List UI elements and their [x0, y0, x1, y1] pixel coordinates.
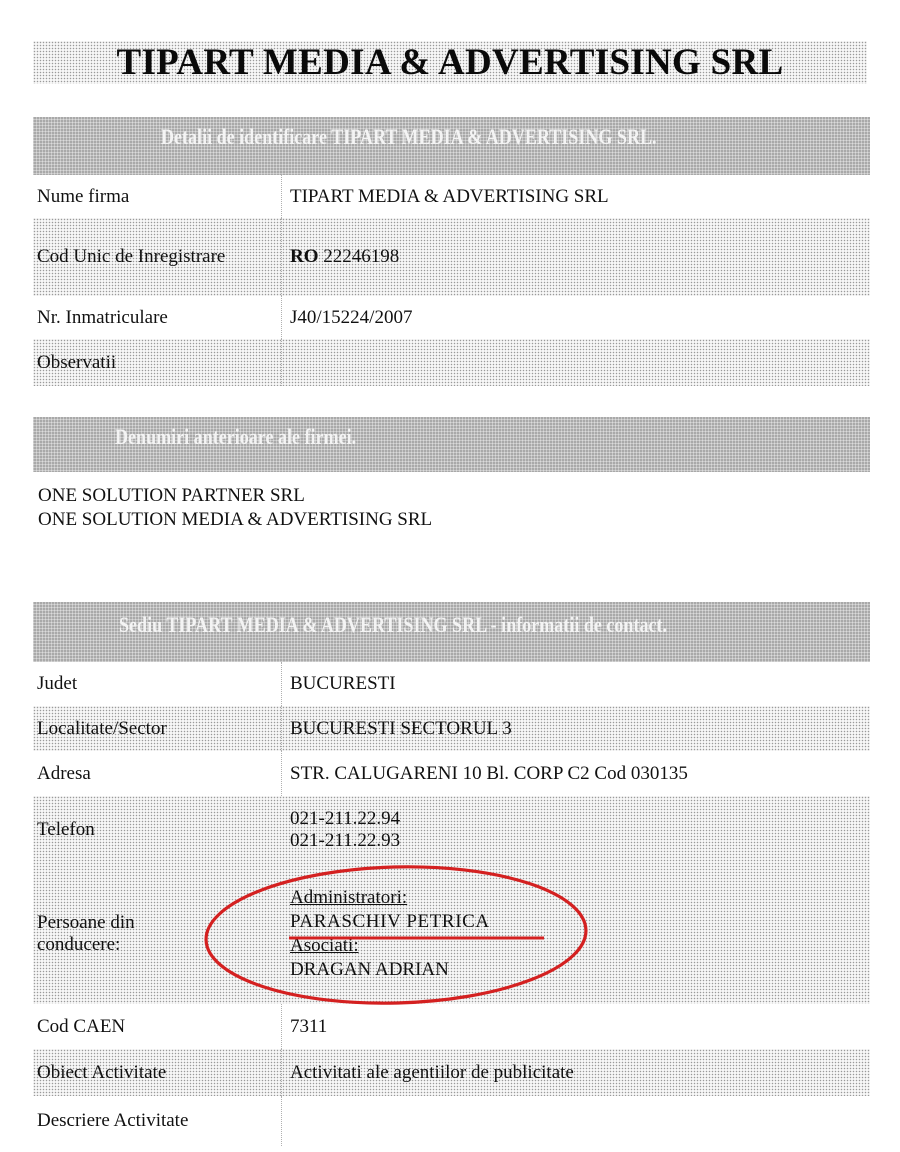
- previous-name-item: ONE SOLUTION PARTNER SRL: [38, 484, 432, 508]
- column-divider: [281, 662, 282, 706]
- value-phone: 021-211.22.94 021-211.22.93: [290, 796, 870, 864]
- associate-name: DRAGAN ADRIAN: [290, 958, 490, 982]
- row-management: Persoane din conducere: Administratori: …: [33, 864, 870, 1004]
- label-observations: Observatii: [37, 339, 281, 386]
- column-divider: [281, 339, 282, 386]
- company-title: TIPART MEDIA & ADVERTISING SRL: [116, 41, 783, 84]
- value-activity-object: Activitati ale agentiilor de publicitate: [290, 1049, 870, 1096]
- value-activity-description: [290, 1096, 870, 1146]
- label-caen: Cod CAEN: [37, 1004, 281, 1049]
- value-address: STR. CALUGARENI 10 Bl. CORP C2 Cod 03013…: [290, 751, 870, 796]
- column-divider: [281, 1049, 282, 1096]
- label-company-name: Nume firma: [37, 175, 281, 218]
- previous-names-list: ONE SOLUTION PARTNER SRL ONE SOLUTION ME…: [38, 484, 432, 532]
- row-caen: Cod CAEN 7311: [33, 1004, 870, 1049]
- row-cui: Cod Unic de Inregistrare RO 22246198: [33, 218, 870, 296]
- row-county: Judet BUCURESTI: [33, 662, 870, 706]
- label-address: Adresa: [37, 751, 281, 796]
- value-management: Administratori: PARASCHIV PETRICA Asocia…: [290, 864, 870, 1004]
- value-county: BUCURESTI: [290, 662, 870, 706]
- phone-number: 021-211.22.93: [290, 830, 400, 852]
- row-observations: Observatii: [33, 339, 870, 386]
- row-activity-object: Obiect Activitate Activitati ale agentii…: [33, 1049, 870, 1096]
- column-divider: [281, 751, 282, 796]
- phone-number: 021-211.22.94: [290, 808, 400, 830]
- label-management: Persoane din conducere:: [37, 864, 187, 1004]
- row-phone: Telefon 021-211.22.94 021-211.22.93: [33, 796, 870, 864]
- label-county: Judet: [37, 662, 281, 706]
- section-header-contact: Sediu TIPART MEDIA & ADVERTISING SRL - i…: [33, 602, 870, 662]
- value-cui-prefix: RO: [290, 246, 319, 268]
- column-divider: [281, 1004, 282, 1049]
- column-divider: [281, 706, 282, 751]
- column-divider: [281, 175, 282, 218]
- value-caen: 7311: [290, 1004, 870, 1049]
- section-header-previous-names: Denumiri anterioare ale firmei.: [33, 417, 870, 472]
- label-activity-description: Descriere Activitate: [37, 1096, 281, 1146]
- value-registration-number: J40/15224/2007: [290, 296, 870, 339]
- label-locality: Localitate/Sector: [37, 706, 281, 751]
- previous-name-item: ONE SOLUTION MEDIA & ADVERTISING SRL: [38, 508, 432, 532]
- column-divider: [281, 296, 282, 339]
- administrators-heading: Administratori:: [290, 886, 490, 910]
- value-cui: RO 22246198: [290, 218, 870, 296]
- label-cui: Cod Unic de Inregistrare: [37, 218, 281, 296]
- row-registration-number: Nr. Inmatriculare J40/15224/2007: [33, 296, 870, 339]
- value-company-name: TIPART MEDIA & ADVERTISING SRL: [290, 175, 870, 218]
- row-locality: Localitate/Sector BUCURESTI SECTORUL 3: [33, 706, 870, 751]
- label-phone: Telefon: [37, 796, 281, 864]
- company-title-band: TIPART MEDIA & ADVERTISING SRL: [33, 41, 867, 84]
- administrator-name: PARASCHIV PETRICA: [290, 910, 490, 934]
- label-activity-object: Obiect Activitate: [37, 1049, 281, 1096]
- value-cui-number: 22246198: [323, 246, 399, 268]
- value-observations: [290, 339, 870, 386]
- column-divider: [281, 218, 282, 296]
- associates-heading: Asociati:: [290, 934, 490, 958]
- row-activity-description: Descriere Activitate: [33, 1096, 870, 1146]
- section-header-identification-text: Detalii de identificare TIPART MEDIA & A…: [161, 124, 657, 150]
- section-header-contact-text: Sediu TIPART MEDIA & ADVERTISING SRL - i…: [119, 612, 667, 638]
- column-divider: [281, 1096, 282, 1146]
- label-registration-number: Nr. Inmatriculare: [37, 296, 281, 339]
- value-locality: BUCURESTI SECTORUL 3: [290, 706, 870, 751]
- section-header-previous-names-text: Denumiri anterioare ale firmei.: [115, 424, 356, 450]
- row-address: Adresa STR. CALUGARENI 10 Bl. CORP C2 Co…: [33, 751, 870, 796]
- row-company-name: Nume firma TIPART MEDIA & ADVERTISING SR…: [33, 175, 870, 218]
- section-header-identification: Detalii de identificare TIPART MEDIA & A…: [33, 117, 870, 175]
